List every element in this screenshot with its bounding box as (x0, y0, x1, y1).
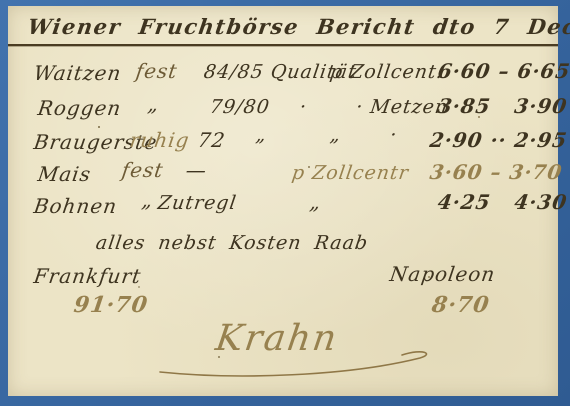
header-rule (8, 44, 558, 46)
commodity-name: Mais (36, 162, 92, 186)
unit-label: „ (308, 190, 323, 214)
quote-frankfurt-label: Frankfurt (32, 264, 143, 288)
price-range: 3·60 – 3·70 (428, 160, 564, 184)
market-tone: fest (134, 59, 179, 83)
ink-speck-decoration (98, 126, 100, 128)
unit-label: p Zollcentr (290, 162, 410, 184)
unit-label: p Zollcent: (328, 61, 445, 83)
quality-note: 72 (196, 128, 227, 152)
quote-frankfurt-value: 91·70 (72, 292, 150, 318)
document-card: Wiener Fruchtbörse Bericht dto 7 Decembe… (8, 6, 558, 396)
note-line: alles nebst Kosten Raab (94, 232, 369, 254)
price-range: 3·85 3·90 (436, 94, 569, 118)
commodity-name: Waitzen (32, 61, 123, 85)
market-tone: ruhig (128, 128, 191, 152)
commodity-name: Bohnen (32, 194, 119, 218)
price-range: 6·60 – 6·65 (436, 59, 570, 83)
signature-flourish-icon (158, 346, 448, 388)
market-tone: fest (120, 158, 165, 182)
quality-note: Zutregl (156, 192, 238, 214)
quality-note: — (184, 158, 208, 182)
unit-label: · · Metzen (298, 96, 449, 118)
quote-napoleon-label: Napoleon (388, 262, 497, 286)
unit-label: „ „ · (254, 124, 398, 146)
market-tone: „ (146, 92, 161, 116)
market-tone: „ (140, 188, 155, 212)
quote-napoleon-value: 8·70 (430, 292, 491, 318)
commodity-name: Roggen (36, 96, 123, 120)
header-title: Wiener Fruchtbörse Bericht dto 7 Decembe… (26, 14, 570, 39)
quality-note: 79/80 (208, 96, 271, 118)
price-range: 2·90 ·· 2·95 (428, 128, 569, 152)
price-range: 4·25 4·30 (436, 190, 569, 214)
